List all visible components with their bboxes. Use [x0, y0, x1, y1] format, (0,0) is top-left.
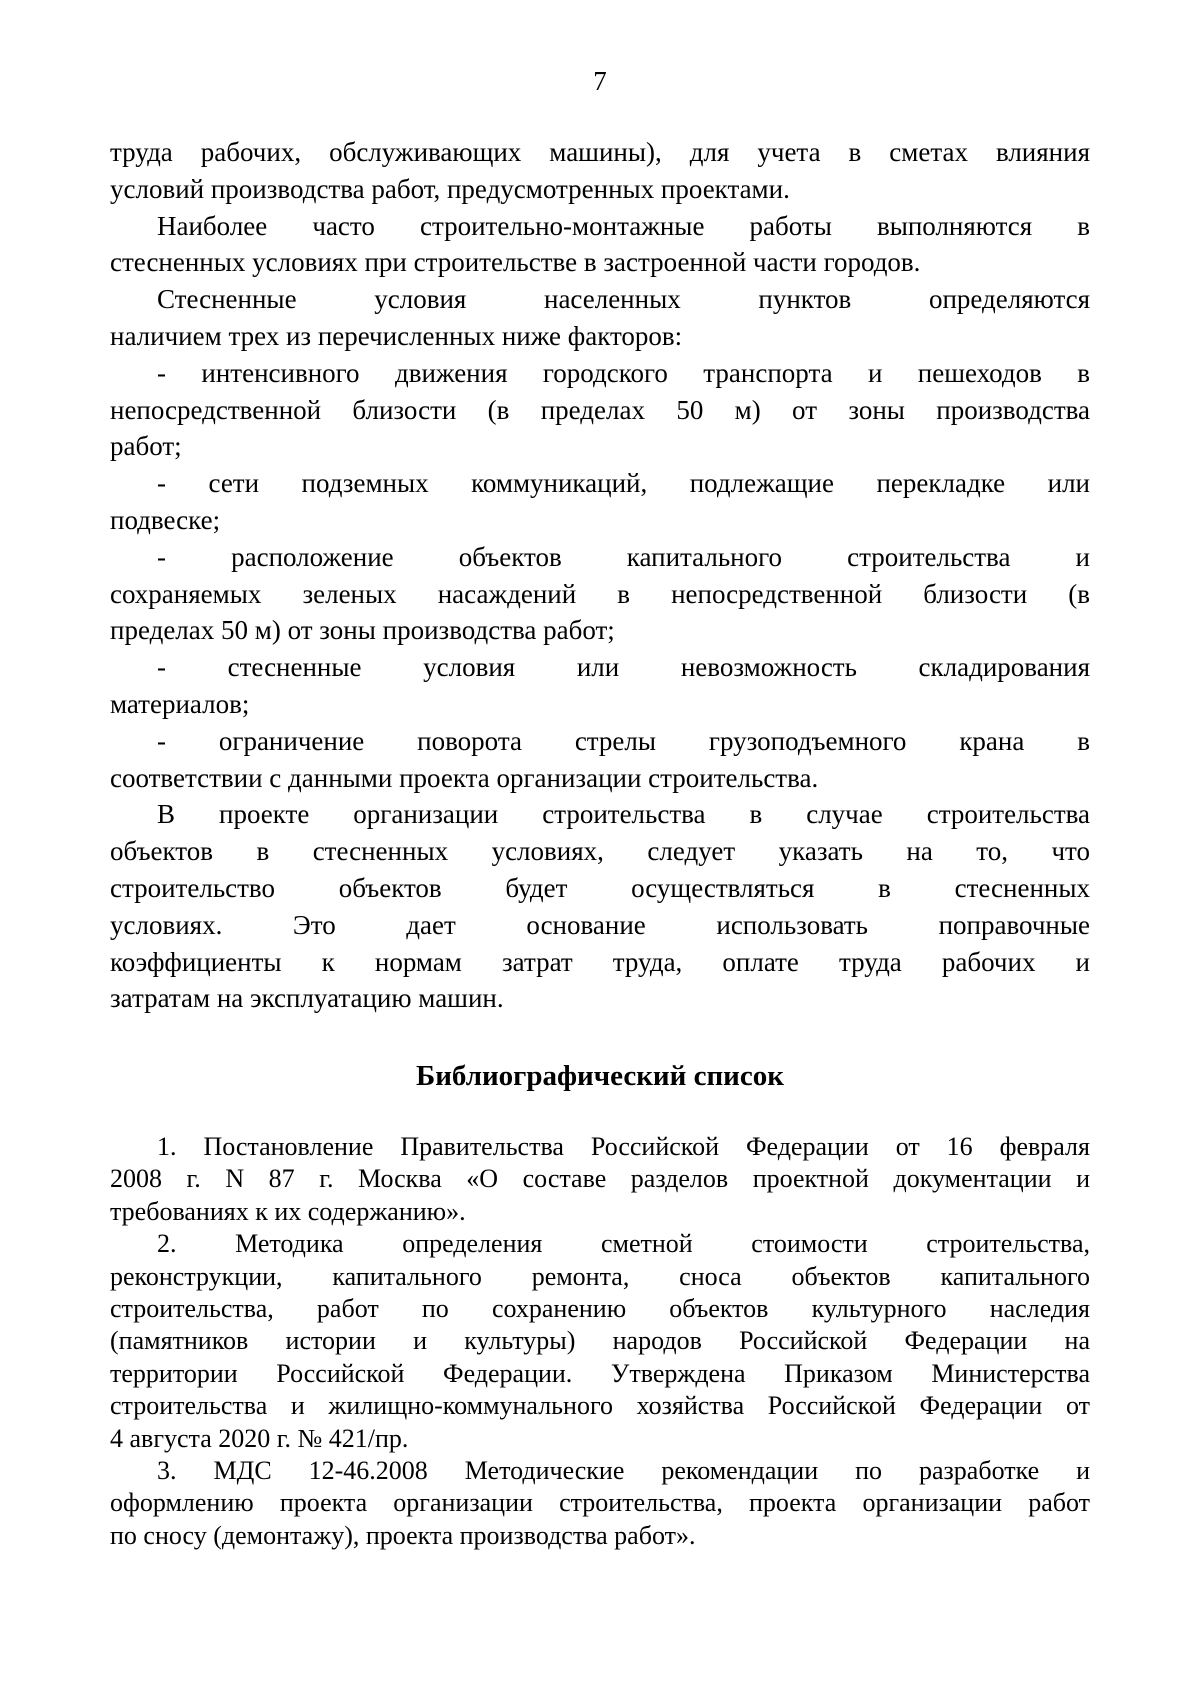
list-item-dash: - расположение объектов капитального стр…	[110, 539, 1090, 649]
text-line: - ограничение поворота стрелы грузоподъе…	[110, 723, 1090, 760]
text-line: условиях. Это дает основание использоват…	[110, 907, 1090, 944]
text-line: труда рабочих, обслуживающих машины), дл…	[110, 134, 1090, 171]
bibliography-item: 2. Методика определения сметной стоимост…	[110, 1228, 1090, 1455]
text-line: 1. Постановление Правительства Российско…	[110, 1131, 1090, 1163]
page-number: 7	[110, 64, 1090, 98]
text-line: оформлению проекта организации строитель…	[110, 1487, 1090, 1519]
bibliography-item: 1. Постановление Правительства Российско…	[110, 1131, 1090, 1228]
text-line: В проекте организации строительства в сл…	[110, 796, 1090, 833]
text-line: материалов;	[110, 686, 1090, 723]
text-line: строительство объектов будет осуществлят…	[110, 870, 1090, 907]
text-line: пределах 50 м) от зоны производства рабо…	[110, 612, 1090, 649]
text-line: объектов в стесненных условиях, следует …	[110, 833, 1090, 870]
text-line: 2008 г. N 87 г. Москва «О составе раздел…	[110, 1163, 1090, 1195]
text-line: - стесненные условия или невозможность с…	[110, 649, 1090, 686]
body-text: труда рабочих, обслуживающих машины), дл…	[110, 134, 1090, 1017]
text-line: 2. Методика определения сметной стоимост…	[110, 1228, 1090, 1260]
list-item-dash: - ограничение поворота стрелы грузоподъе…	[110, 723, 1090, 797]
text-line: наличием трех из перечисленных ниже факт…	[110, 318, 1090, 355]
paragraph-continuation: труда рабочих, обслуживающих машины), дл…	[110, 134, 1090, 208]
text-line: - расположение объектов капитального стр…	[110, 539, 1090, 576]
text-line: территории Российской Федерации. Утвержд…	[110, 1358, 1090, 1390]
list-item-dash: - стесненные условия или невозможность с…	[110, 649, 1090, 723]
text-line: сохраняемых зеленых насаждений в непосре…	[110, 576, 1090, 613]
text-line: строительства, работ по сохранению объек…	[110, 1293, 1090, 1325]
text-line: соответствии с данными проекта организац…	[110, 760, 1090, 797]
paragraph: В проекте организации строительства в сл…	[110, 796, 1090, 1017]
paragraph: Наиболее часто строительно-монтажные раб…	[110, 208, 1090, 282]
text-line: стесненных условиях при строительстве в …	[110, 244, 1090, 281]
text-line: - интенсивного движения городского транс…	[110, 355, 1090, 392]
text-line: требованиях к их содержанию».	[110, 1196, 1090, 1228]
text-line: 4 августа 2020 г. № 421/пр.	[110, 1423, 1090, 1455]
text-line: коэффициенты к нормам затрат труда, опла…	[110, 944, 1090, 981]
list-item-dash: - сети подземных коммуникаций, подлежащи…	[110, 465, 1090, 539]
text-line: реконструкции, капитального ремонта, сно…	[110, 1261, 1090, 1293]
text-line: 3. МДС 12-46.2008 Методические рекоменда…	[110, 1455, 1090, 1487]
text-line: Стесненные условия населенных пунктов оп…	[110, 281, 1090, 318]
text-line: по сносу (демонтажу), проекта производст…	[110, 1520, 1090, 1552]
text-line: - сети подземных коммуникаций, подлежащи…	[110, 465, 1090, 502]
text-line: затратам на эксплуатацию машин.	[110, 980, 1090, 1017]
text-line: (памятников истории и культуры) народов …	[110, 1325, 1090, 1357]
bibliography-list: 1. Постановление Правительства Российско…	[110, 1131, 1090, 1552]
bibliography-heading: Библиографический список	[110, 1058, 1090, 1094]
text-line: работ;	[110, 428, 1090, 465]
text-line: непосредственной близости (в пределах 50…	[110, 392, 1090, 429]
text-line: строительства и жилищно-коммунального хо…	[110, 1390, 1090, 1422]
paragraph: Стесненные условия населенных пунктов оп…	[110, 281, 1090, 355]
bibliography-item: 3. МДС 12-46.2008 Методические рекоменда…	[110, 1455, 1090, 1552]
text-line: Наиболее часто строительно-монтажные раб…	[110, 208, 1090, 245]
document-page: 7 труда рабочих, обслуживающих машины), …	[0, 0, 1200, 1697]
text-line: подвеске;	[110, 502, 1090, 539]
list-item-dash: - интенсивного движения городского транс…	[110, 355, 1090, 465]
text-line: условий производства работ, предусмотрен…	[110, 171, 1090, 208]
